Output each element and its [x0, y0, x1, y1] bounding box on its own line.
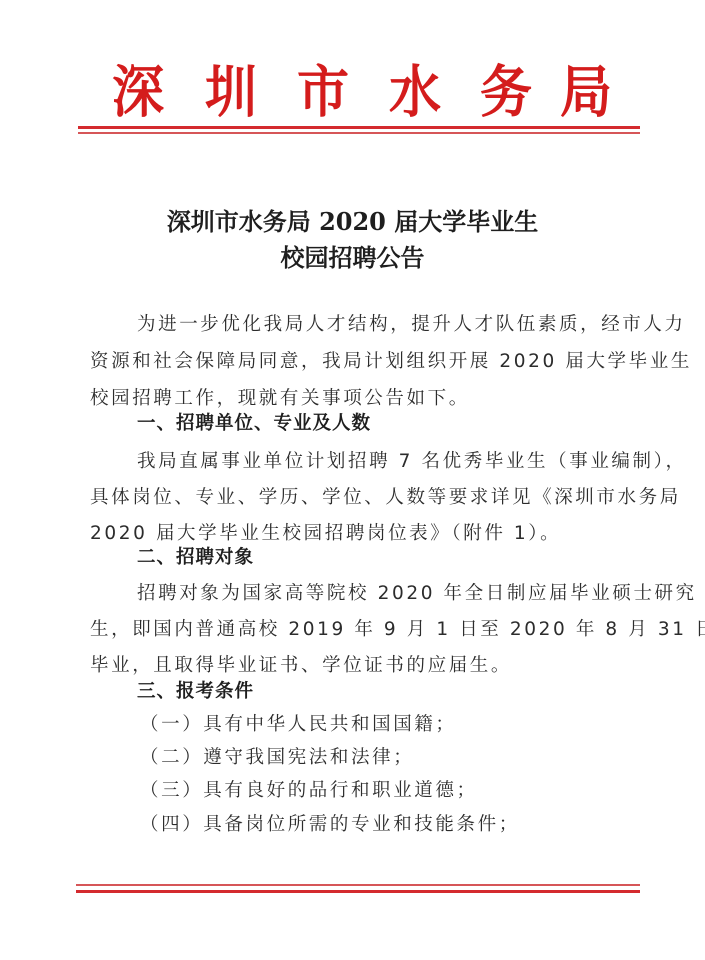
section-2-line: 招聘对象为国家高等院校 2020 年全日制应届毕业硕士研究 — [137, 582, 705, 606]
masthead-char: 深 — [112, 55, 164, 131]
intro-line: 校园招聘工作，现就有关事项公告如下。 — [90, 387, 705, 411]
section-2-line: 毕业，且取得毕业证书、学位证书的应届生。 — [90, 654, 705, 678]
footer-rule-thick — [76, 890, 640, 893]
condition-item: （三）具有良好的品行和职业道德； — [140, 779, 705, 803]
masthead-char: 水 — [389, 55, 441, 131]
section-heading-2: 二、招聘对象 — [137, 546, 254, 570]
intro-line: 资源和社会保障局同意，我局计划组织开展 2020 届大学毕业生 — [90, 350, 705, 374]
condition-item: （一）具有中华人民共和国国籍； — [140, 713, 705, 737]
masthead-char: 圳 — [205, 55, 257, 131]
masthead-char: 局 — [560, 55, 612, 131]
section-heading-1: 一、招聘单位、专业及人数 — [137, 412, 371, 436]
masthead-char: 务 — [480, 55, 532, 131]
condition-item: （二）遵守我国宪法和法律； — [140, 746, 705, 770]
section-2-line: 生，即国内普通高校 2019 年 9 月 1 日至 2020 年 8 月 31 … — [90, 618, 705, 642]
intro-line: 为进一步优化我局人才结构，提升人才队伍素质，经市人力 — [137, 313, 705, 337]
condition-item: （四）具备岗位所需的专业和技能条件； — [140, 813, 705, 837]
document-title-line-2: 校园招聘公告 — [0, 243, 705, 273]
masthead: 深 圳 市 水 务 局 — [0, 58, 705, 128]
document-title-line-1: 深圳市水务局 2020 届大学毕业生 — [0, 207, 705, 237]
section-1-line: 我局直属事业单位计划招聘 7 名优秀毕业生（事业编制）， — [137, 450, 705, 474]
section-heading-3: 三、报考条件 — [137, 680, 254, 704]
footer-rule-thin — [76, 884, 640, 886]
section-1-line: 2020 届大学毕业生校园招聘岗位表》（附件 1）。 — [90, 522, 705, 546]
masthead-rule-thin — [78, 132, 640, 134]
section-1-line: 具体岗位、专业、学历、学位、人数等要求详见《深圳市水务局 — [90, 486, 705, 510]
masthead-rule-thick — [78, 126, 640, 129]
masthead-char: 市 — [297, 55, 349, 131]
